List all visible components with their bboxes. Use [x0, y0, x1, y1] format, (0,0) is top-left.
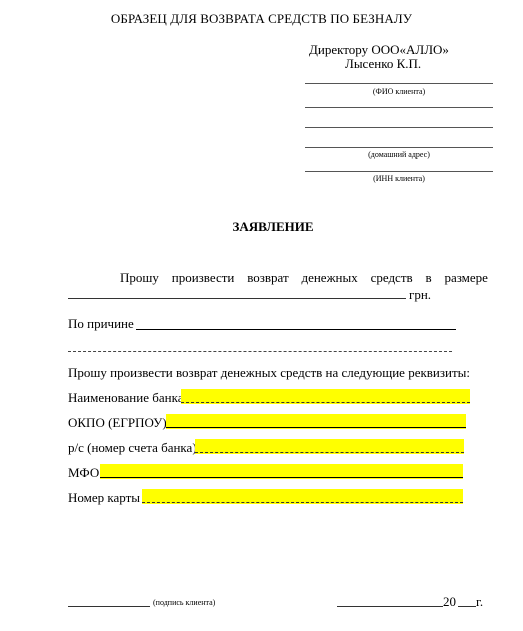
word: средств: [371, 270, 413, 285]
signature-caption: (подпись клиента): [153, 598, 215, 608]
okpo-field[interactable]: [166, 414, 466, 429]
requisites-intro: Прошу произвести возврат денежных средст…: [68, 365, 470, 380]
word: денежных: [301, 270, 357, 285]
client-address-field-1[interactable]: [305, 107, 493, 108]
word: Прошу: [120, 270, 159, 285]
year-suffix: г.: [476, 594, 483, 609]
amount-field[interactable]: [68, 298, 406, 299]
client-address-field-3[interactable]: [305, 147, 493, 148]
date-field[interactable]: [337, 606, 443, 607]
word: в: [425, 270, 431, 285]
reason-field-1[interactable]: [136, 329, 456, 330]
year-field[interactable]: [458, 606, 476, 607]
mfo-field[interactable]: [100, 464, 463, 479]
addressee-line-2: Лысенко К.П.: [345, 56, 421, 71]
account-number-field[interactable]: [195, 439, 464, 454]
word: произвести: [172, 270, 235, 285]
client-address-caption: (домашний адрес): [305, 150, 493, 160]
mfo-label: МФО: [68, 465, 99, 480]
statement-heading: ЗАЯВЛЕНИЕ: [0, 219, 523, 234]
client-name-caption: (ФИО клиента): [305, 87, 493, 97]
amount-paragraph: Прошу произвести возврат денежных средст…: [120, 270, 488, 285]
client-address-field-2[interactable]: [305, 127, 493, 128]
account-number-label: р/с (номер счета банка): [68, 440, 197, 455]
word: размере: [444, 270, 488, 285]
okpo-label: ОКПО (ЕГРПОУ): [68, 415, 167, 430]
bank-name-label: Наименование банка: [68, 390, 183, 405]
client-inn-caption: (ИНН клиента): [305, 174, 493, 184]
word: возврат: [247, 270, 288, 285]
year-prefix: 20: [443, 594, 456, 609]
signature-field[interactable]: [68, 606, 150, 607]
reason-field-2[interactable]: [68, 351, 452, 352]
reason-label: По причине: [68, 316, 134, 331]
document-title: ОБРАЗЕЦ ДЛЯ ВОЗВРАТА СРЕДСТВ ПО БЕЗНАЛУ: [0, 11, 523, 26]
card-number-label: Номер карты: [68, 490, 140, 505]
card-number-field[interactable]: [142, 489, 463, 504]
client-name-field[interactable]: [305, 83, 493, 84]
client-inn-field[interactable]: [305, 171, 493, 172]
currency-label: грн.: [409, 287, 431, 302]
addressee-line-1: Директору ООО«АЛЛО»: [309, 42, 449, 57]
bank-name-field[interactable]: [181, 389, 470, 404]
